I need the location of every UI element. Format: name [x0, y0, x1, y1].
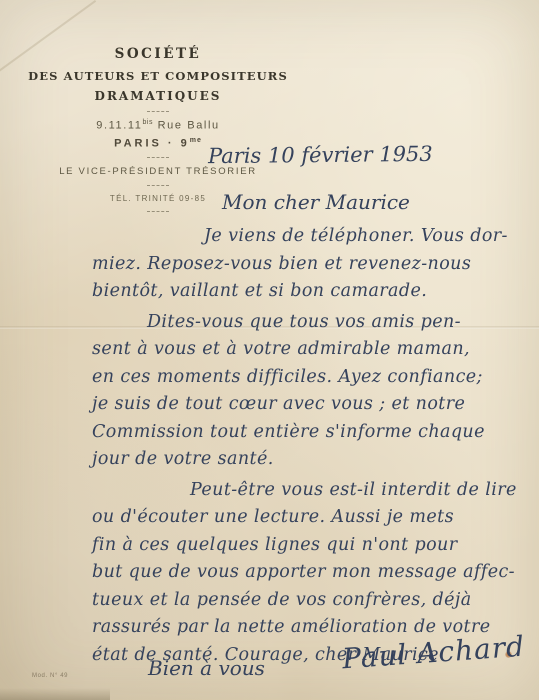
letter-line: tueux et la pensée de vos confrères, déj…: [92, 587, 517, 615]
letterhead-divider: [147, 157, 169, 158]
letter-body: Je viens de téléphoner. Vous dor- miez. …: [92, 223, 517, 669]
letterhead-society-name: SOCIÉTÉ: [22, 46, 294, 62]
letterhead-society-name-line3: DRAMATIQUES: [22, 89, 294, 103]
arrondissement-superscript: me: [190, 137, 202, 144]
letter-line: Peut-être vous est-il interdit de lire: [92, 477, 517, 505]
city-label: PARIS · 9: [114, 137, 190, 149]
letterhead-society-name-line2: DES AUTEURS ET COMPOSITEURS: [22, 69, 294, 83]
letter-line: but que de vous apporter mon message aff…: [92, 559, 517, 587]
closing-line: Bien à vous: [148, 656, 265, 680]
letter-line: Je viens de téléphoner. Vous dor-: [92, 223, 517, 251]
letterhead-divider: [147, 185, 169, 186]
letter-line: Dites-vous que tous vos amis pen-: [92, 309, 517, 337]
paper-bottom-edge: [0, 684, 110, 700]
letter-line: fin à ces quelques lignes qui n'ont pour: [92, 532, 517, 560]
address-bis-superscript: bis: [143, 119, 153, 126]
letter-line: jour de votre santé.: [92, 446, 517, 474]
letterhead-officer-title: LE VICE-PRÉSIDENT TRÉSORIER: [22, 166, 294, 177]
address-street: Rue Ballu: [158, 120, 220, 132]
letter-line: bientôt, vaillant et si bon camarade.: [92, 278, 517, 306]
letter-line: en ces moments difficiles. Ayez confianc…: [92, 364, 517, 392]
salutation: Mon cher Maurice: [222, 190, 410, 214]
date-line: Paris 10 février 1953: [208, 142, 433, 168]
letter-line: miez. Reposez-vous bien et revenez-nous: [92, 251, 517, 279]
letter-line: ou d'écouter une lecture. Aussi je mets: [92, 504, 517, 532]
letter-line: je suis de tout cœur avec vous ; et notr…: [92, 391, 517, 419]
letterhead: SOCIÉTÉ DES AUTEURS ET COMPOSITEURS DRAM…: [22, 46, 294, 212]
letter-page: SOCIÉTÉ DES AUTEURS ET COMPOSITEURS DRAM…: [0, 0, 539, 700]
letterhead-divider: [147, 111, 169, 112]
address-number: 9.11.11: [96, 120, 142, 132]
letter-line: sent à vous et à votre admirable maman,: [92, 336, 517, 364]
letterhead-address: 9.11.11bis Rue Ballu: [22, 119, 294, 132]
letter-line: Commission tout entière s'informe chaque: [92, 419, 517, 447]
letterhead-divider: [147, 211, 169, 212]
form-number: Mod. N° 49: [32, 673, 68, 679]
